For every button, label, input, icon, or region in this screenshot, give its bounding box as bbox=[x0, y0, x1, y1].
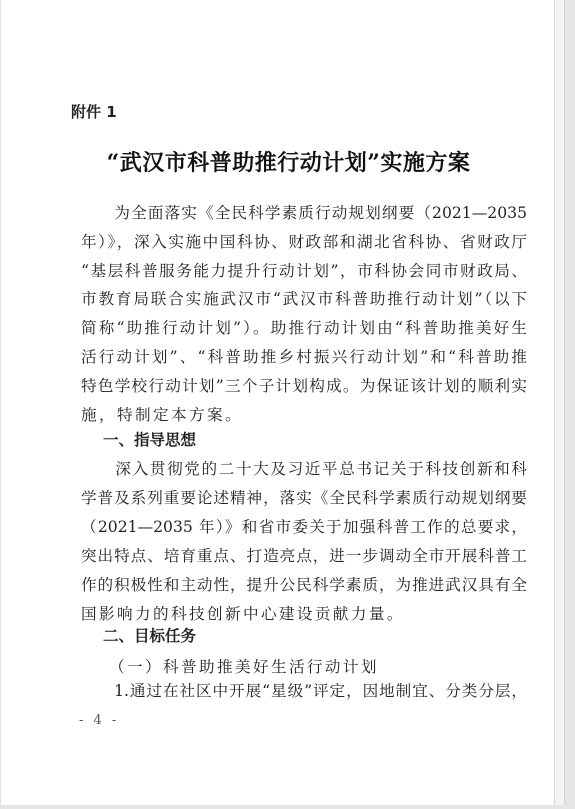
intro-line: 年）》，深入实施中国科协、财政部和湖北省科协、省财政厅 bbox=[81, 232, 527, 252]
page-edge bbox=[554, 0, 564, 805]
intro-line: “基层科普服务能力提升行动计划”，市科协会同市财政局、 bbox=[81, 261, 527, 281]
intro-line: 简称“助推行动计划”）。助推行动计划由“科普助推美好生 bbox=[81, 318, 527, 338]
intro-line: 活行动计划”、“科普助推乡村振兴行动计划”和“科普助推 bbox=[81, 347, 527, 367]
section1-line: 深入贯彻党的二十大及习近平总书记关于科技创新和科 bbox=[81, 459, 527, 479]
intro-line: 市教育局联合实施武汉市“武汉市科普助推行动计划”（以下 bbox=[81, 289, 527, 309]
intro-line: 特色学校行动计划”三个子计划构成。为保证该计划的顺利实 bbox=[81, 376, 527, 396]
section-heading-goals: 二、目标任务 bbox=[103, 624, 196, 646]
section1-line: 作的积极性和主动性，提升公民科学素质，为推进武汉具有全 bbox=[81, 575, 527, 595]
section1-line: 突出特点、培育重点、打造亮点，进一步调动全市开展科普工 bbox=[81, 546, 527, 566]
section1-line: 学普及系列重要论述精神，落实《全民科学素质行动规划纲要 bbox=[81, 488, 527, 508]
page-number: - 4 - bbox=[79, 713, 119, 728]
intro-line: 为全面落实《全民科学素质行动规划纲要（2021—2035 bbox=[81, 203, 527, 223]
section1-line: （2021—2035 年）》和省市委关于加强科普工作的总要求， bbox=[81, 517, 527, 537]
section2-line: 1.通过在社区中开展“星级”评定，因地制宜、分类分层， bbox=[81, 681, 527, 701]
document-page: 附件 1 “武汉市科普助推行动计划”实施方案 为全面落实《全民科学素质行动规划纲… bbox=[1, 0, 565, 805]
intro-line: 施，特制定本方案。 bbox=[81, 405, 527, 425]
section1-line: 国影响力的科技创新中心建设贡献力量。 bbox=[81, 604, 527, 624]
document-title: “武汉市科普助推行动计划”实施方案 bbox=[1, 146, 575, 177]
section-heading-guiding-thought: 一、指导思想 bbox=[103, 428, 196, 450]
attachment-label: 附件 1 bbox=[71, 101, 117, 122]
subsection-heading: （一）科普助推美好生活行动计划 bbox=[109, 655, 379, 677]
